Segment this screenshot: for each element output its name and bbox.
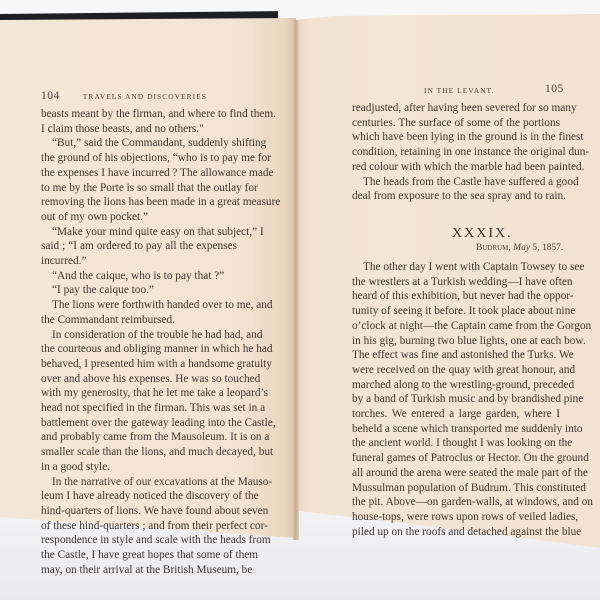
text-line: respondence in style and scale with the …	[41, 533, 237, 548]
text-line: all around the arena were seated the mal…	[352, 466, 560, 481]
text-line: with my generosity, that he let me take …	[41, 386, 237, 401]
text-line: the courteous and obliging manner in whi…	[41, 342, 237, 357]
text-line: deal from exposure to the sea spray and …	[352, 189, 560, 204]
text-line: and probably came from the Mausoleum. It…	[41, 430, 237, 445]
text-line: “And the caique, who is to pay that ?”	[41, 269, 237, 284]
dateline-month: May	[513, 243, 530, 253]
text-line: “I pay the caique too.”	[41, 283, 237, 298]
text-line: removing the lions has been made in a gr…	[41, 195, 237, 210]
left-running-head: 104 TRAVELS AND DISCOVERIES	[41, 90, 207, 102]
dateline-date: 5, 1857.	[530, 243, 563, 253]
text-line: head not specified in the firman. This w…	[41, 401, 237, 416]
text-line: heard of this exhibition, but never had …	[352, 289, 560, 304]
text-line: by a band of Turkish music and by brandi…	[352, 392, 560, 407]
text-line: which have been lying in the ground is i…	[352, 130, 560, 145]
text-line: centuries. The surface of some of the po…	[352, 116, 560, 131]
dateline-place: Budrum,	[476, 243, 511, 253]
text-line: the Commandant reimbursed.	[41, 313, 237, 328]
book-gutter	[293, 20, 299, 540]
text-line: to me by the Porte is so small that the …	[41, 181, 237, 196]
dateline: Budrum, May 5, 1857.	[476, 243, 563, 253]
text-line: said ; “I am ordered to pay all the expe…	[41, 239, 237, 254]
text-line: piled up on the roofs and detached again…	[352, 525, 560, 540]
text-line: the pit. Above—on garden-walls, at windo…	[352, 495, 560, 510]
text-line: The effect was fine and astonished the T…	[352, 348, 560, 363]
text-line: battlement over the gateway leading into…	[41, 416, 237, 431]
text-line: incurred.”	[41, 254, 237, 269]
text-line: hind-quarters of lions. We have found ab…	[41, 504, 237, 519]
text-line: the ancient world. I thought I was looki…	[352, 436, 560, 451]
running-head-title-right: IN THE LEVANT.	[424, 86, 494, 95]
text-line: torches. We entered a large garden, wher…	[352, 407, 560, 422]
text-line: beheld a scene which transported me sudd…	[352, 422, 560, 437]
text-line: condition, retaining in one instance the…	[352, 145, 560, 160]
text-line: In consideration of the trouble he had h…	[41, 328, 237, 343]
page-number-right: 105	[545, 83, 564, 95]
right-page-body-text: The other day I went with Captain Towsey…	[352, 260, 560, 539]
right-page-top-text: readjusted, after having been severed fo…	[352, 101, 560, 204]
text-line: may, on their arrival at the British Mus…	[41, 563, 237, 578]
open-book: 104 TRAVELS AND DISCOVERIES beasts meant…	[0, 0, 600, 600]
text-line: the expenses I have incurred ? The allow…	[41, 166, 237, 181]
text-line: “Make your mind quite easy on that subje…	[41, 225, 237, 240]
text-line: In the narrative of our excavations at t…	[41, 475, 237, 490]
text-line: marched along to the wrestling-ground, p…	[352, 378, 560, 393]
text-line: The other day I went with Captain Towsey…	[352, 260, 560, 275]
text-line: red colour with which the marble had bee…	[352, 160, 560, 175]
right-page-number-wrap: 105	[545, 83, 564, 95]
text-line: the wrestlers at a Turkish wedding—I hav…	[352, 275, 560, 290]
text-line: over and above his expenses. He was so t…	[41, 372, 237, 387]
text-line: tunity of seeing it before. It took plac…	[352, 304, 560, 319]
text-line: smaller scale than the lions, and much d…	[41, 445, 237, 460]
text-line: of these hind-quarters ; and from their …	[41, 519, 237, 534]
text-line: Mussulman population of Budrum. This con…	[352, 481, 560, 496]
page-number-left: 104	[41, 90, 60, 102]
text-line: behaved, I presented him with a handsome…	[41, 357, 237, 372]
text-line: leum I have already noticed the discover…	[41, 489, 237, 504]
text-line: the ground of his objections, “who is to…	[41, 151, 237, 166]
text-line: the Castle, I have great hopes that some…	[41, 548, 237, 563]
text-line: The heads from the Castle have suffered …	[352, 175, 560, 190]
text-line: “But,” said the Commandant, suddenly shi…	[41, 136, 237, 151]
chapter-heading: XXXIX.	[452, 226, 513, 242]
text-line: readjusted, after having been severed fo…	[352, 101, 560, 116]
text-line: out of my own pocket.”	[41, 210, 237, 225]
text-line: o’clock at night—the Captain came from t…	[352, 319, 560, 334]
right-running-head: IN THE LEVANT.	[424, 85, 494, 96]
text-line: in a good style.	[41, 460, 237, 475]
text-line: The lions were forthwith handed over to …	[41, 298, 237, 313]
text-line: I claim those beasts, and no others."	[41, 122, 237, 137]
left-page-text: beasts meant by the firman, and where to…	[41, 107, 237, 578]
running-head-title-left: TRAVELS AND DISCOVERIES	[83, 92, 207, 101]
text-line: beasts meant by the firman, and where to…	[41, 107, 237, 122]
text-line: funeral games of Patroclus or Hector. On…	[352, 451, 560, 466]
text-line: were received on the quay with great hon…	[352, 363, 560, 378]
text-line: house-tops, were rows upon rows of veile…	[352, 510, 560, 525]
text-line: in his gig, burning two blue lights, one…	[352, 334, 560, 349]
